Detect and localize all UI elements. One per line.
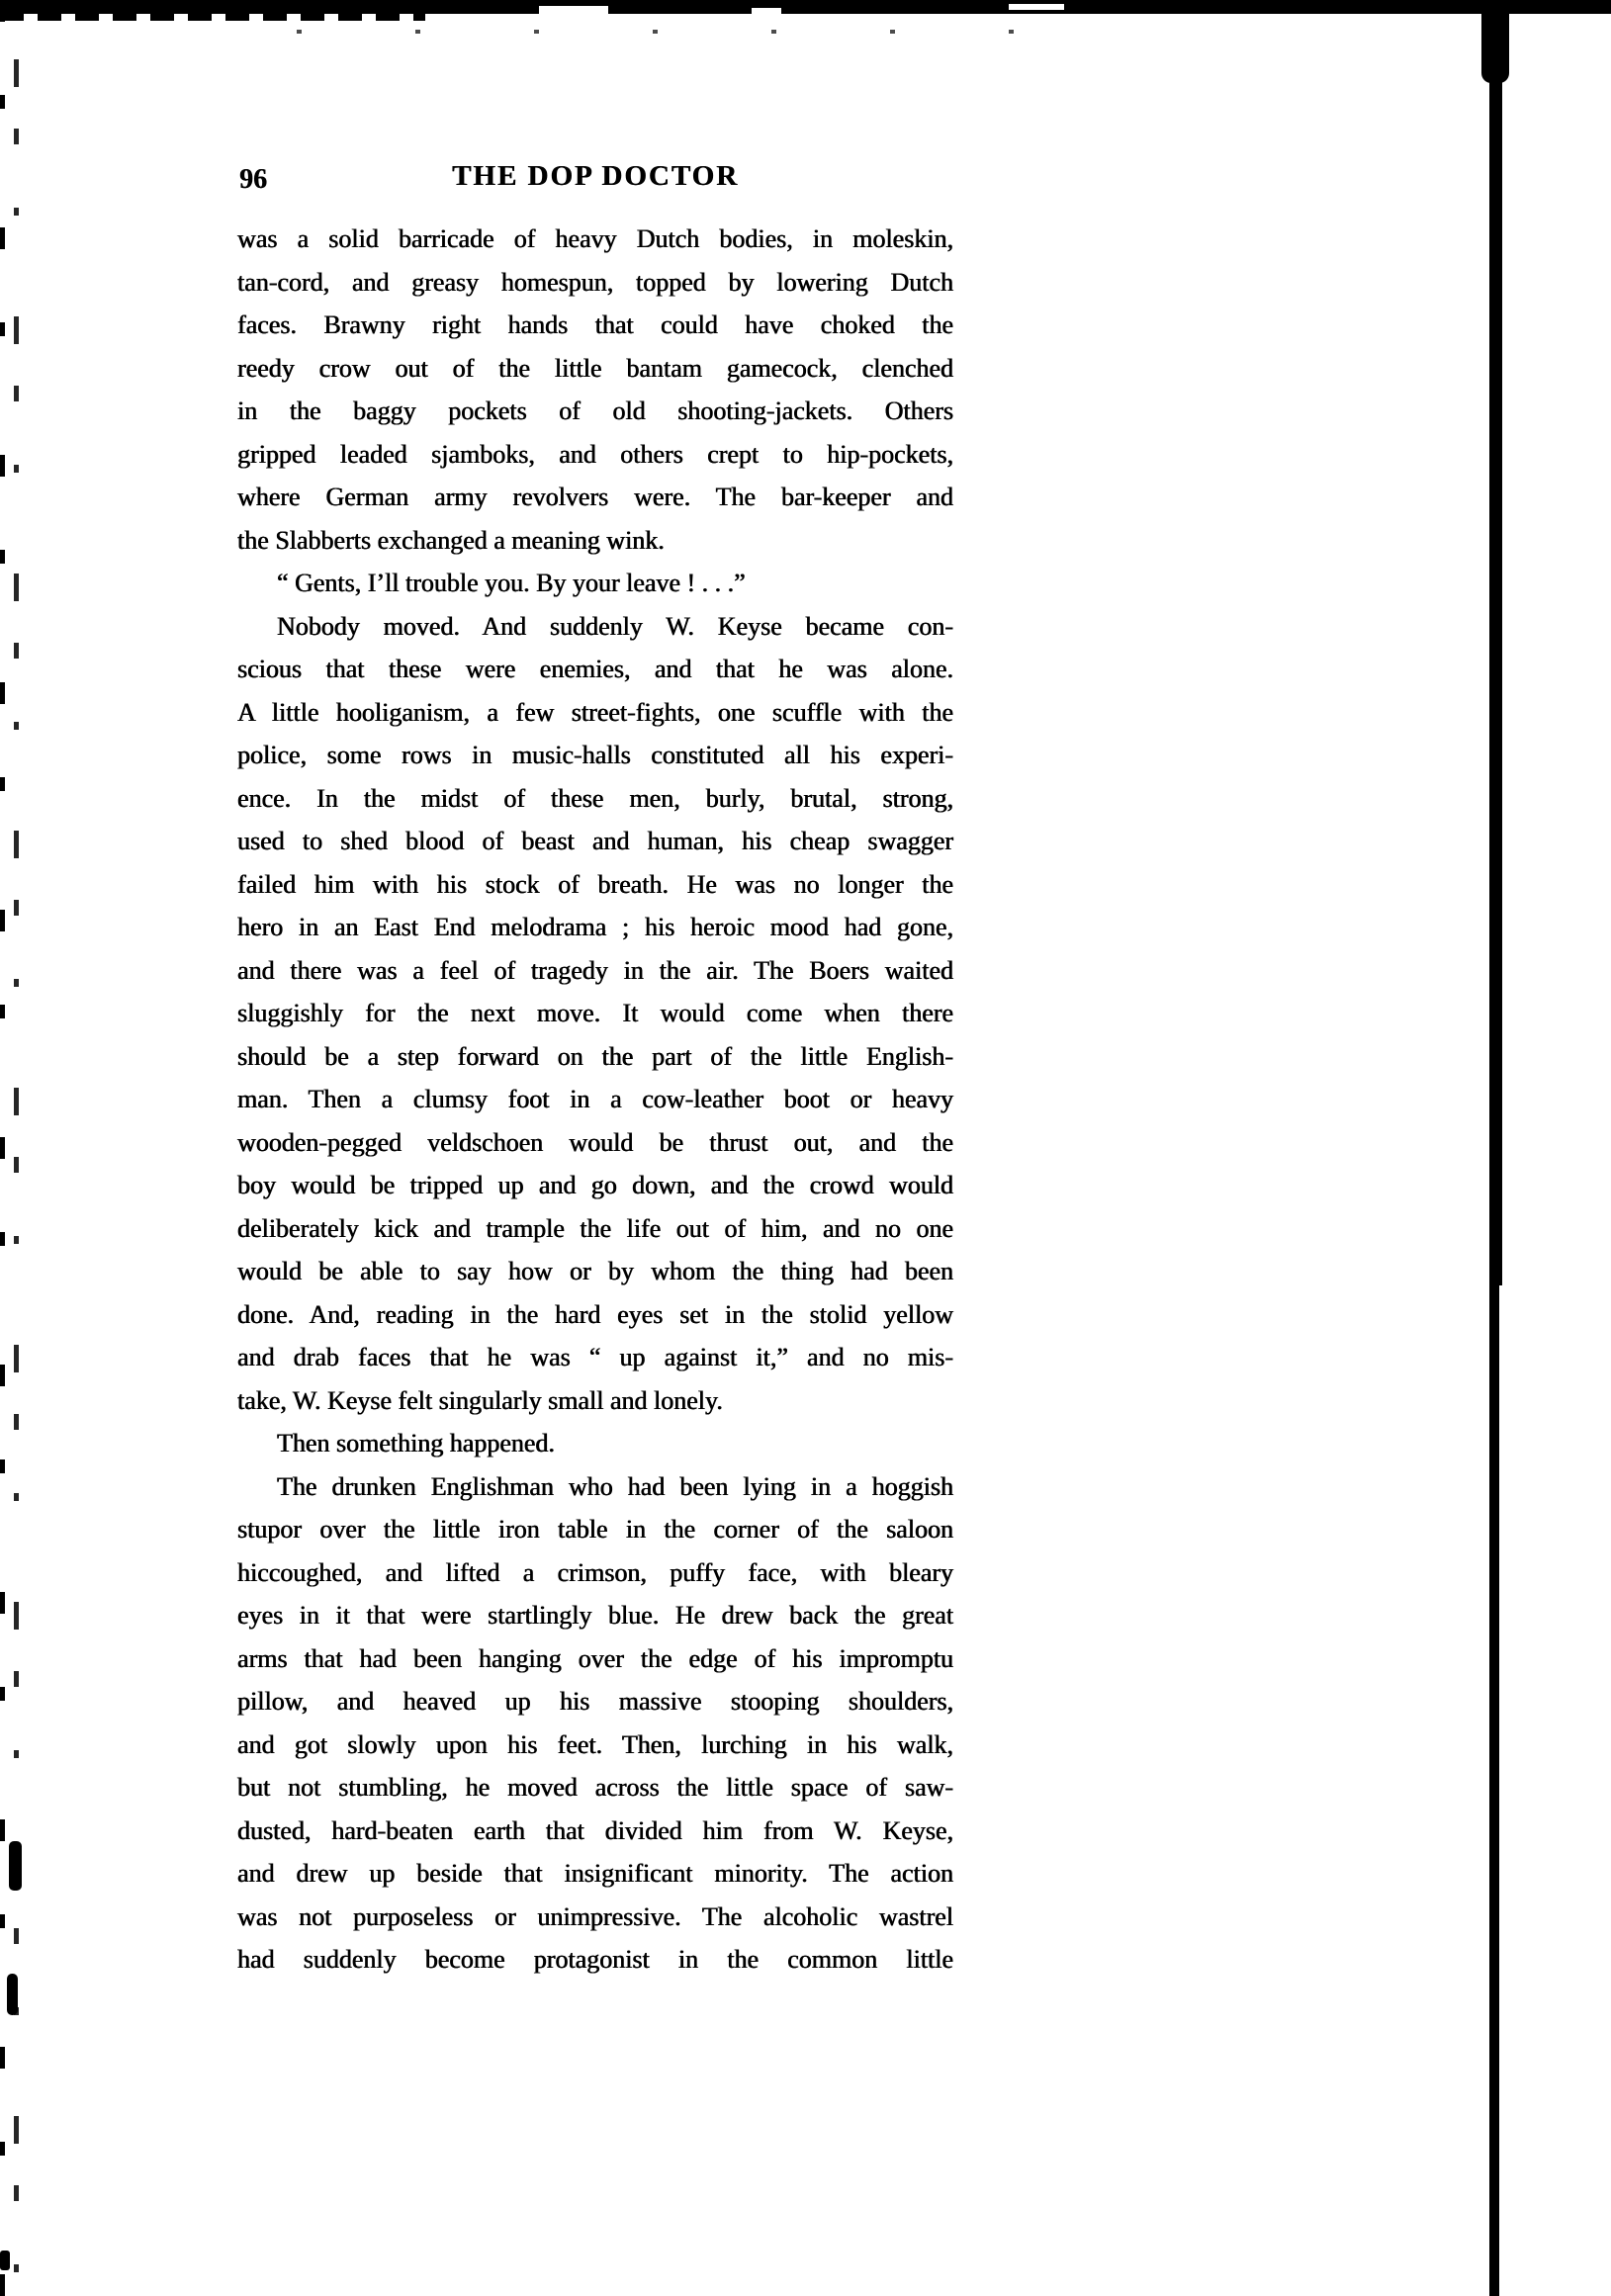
text-line: ence. In the midst of these men, burly, … bbox=[237, 777, 953, 821]
text-line: boy would be tripped up and go down, and… bbox=[237, 1164, 953, 1207]
text-line: done. And, reading in the hard eyes set … bbox=[237, 1293, 953, 1337]
scan-artifact-right-blob bbox=[1481, 12, 1509, 83]
text-line: but not stumbling, he moved across the l… bbox=[237, 1766, 953, 1810]
paragraph: was a solid barricade of heavy Dutch bod… bbox=[237, 218, 953, 562]
text-line: stupor over the little iron table in the… bbox=[237, 1508, 953, 1551]
scan-artifact-top-dots bbox=[297, 30, 1048, 34]
page-header: 96 THE DOP DOCTOR bbox=[237, 158, 953, 202]
text-line: A little hooliganism, a few street-fight… bbox=[237, 691, 953, 735]
text-line: eyes in it that were startlingly blue. H… bbox=[237, 1594, 953, 1637]
text-line: faces. Brawny right hands that could hav… bbox=[237, 304, 953, 347]
text-line: arms that had been hanging over the edge… bbox=[237, 1637, 953, 1681]
text-line: Nobody moved. And suddenly W. Keyse beca… bbox=[237, 605, 953, 649]
scan-artifact-notch bbox=[1009, 4, 1064, 10]
text-line: gripped leaded sjamboks, and others crep… bbox=[237, 433, 953, 477]
text-line: used to shed blood of beast and human, h… bbox=[237, 820, 953, 863]
text-line: “ Gents, I’ll trouble you. By your leave… bbox=[237, 562, 953, 605]
scan-artifact-notch bbox=[539, 6, 608, 14]
text-line: The drunken Englishman who had been lyin… bbox=[237, 1465, 953, 1509]
scan-artifact-left-edge-marks bbox=[0, 0, 5, 2296]
text-line: in the baggy pockets of old shooting-jac… bbox=[237, 390, 953, 433]
text-line: was a solid barricade of heavy Dutch bod… bbox=[237, 218, 953, 261]
text-line: should be a step forward on the part of … bbox=[237, 1035, 953, 1079]
scan-artifact-right-taper bbox=[1499, 1285, 1503, 2296]
scan-artifact-notch bbox=[752, 8, 781, 14]
text-line: hiccoughed, and lifted a crimson, puffy … bbox=[237, 1551, 953, 1595]
text-line: scious that these were enemies, and that… bbox=[237, 648, 953, 691]
text-line: would be able to say how or by whom the … bbox=[237, 1250, 953, 1293]
scan-artifact-left-blob bbox=[9, 1841, 22, 1891]
text-block: was a solid barricade of heavy Dutch bod… bbox=[237, 218, 953, 1982]
text-line: pillow, and heaved up his massive stoopi… bbox=[237, 1680, 953, 1723]
text-line: and drew up beside that insignificant mi… bbox=[237, 1852, 953, 1896]
text-line: where German army revolvers were. The ba… bbox=[237, 476, 953, 519]
paragraph: “ Gents, I’ll trouble you. By your leave… bbox=[237, 562, 953, 605]
text-line: police, some rows in music-halls constit… bbox=[237, 734, 953, 777]
scanned-book-page: 96 THE DOP DOCTOR was a solid barricade … bbox=[0, 0, 1611, 2296]
text-line: sluggishly for the next move. It would c… bbox=[237, 992, 953, 1035]
text-line: failed him with his stock of breath. He … bbox=[237, 863, 953, 907]
scan-artifact-left-blob bbox=[0, 2251, 10, 2270]
text-line: man. Then a clumsy foot in a cow-leather… bbox=[237, 1078, 953, 1121]
running-title: THE DOP DOCTOR bbox=[237, 160, 953, 193]
text-line: take, W. Keyse felt singularly small and… bbox=[237, 1379, 953, 1423]
text-line: Then something happened. bbox=[237, 1422, 953, 1465]
text-line: and got slowly upon his feet. Then, lurc… bbox=[237, 1723, 953, 1767]
text-line: deliberately kick and trample the life o… bbox=[237, 1207, 953, 1251]
scan-artifact-top-bar bbox=[0, 0, 1611, 14]
scan-artifact-top-hatch bbox=[0, 14, 425, 21]
scan-artifact-left-blob bbox=[7, 1974, 18, 2015]
text-line: tan-cord, and greasy homespun, topped by… bbox=[237, 261, 953, 305]
text-line: the Slabberts exchanged a meaning wink. bbox=[237, 519, 953, 563]
scan-artifact-left-gutter-marks bbox=[14, 59, 19, 2296]
text-line: reedy crow out of the little bantam game… bbox=[237, 347, 953, 391]
text-line: and drab faces that he was “ up against … bbox=[237, 1336, 953, 1379]
text-line: had suddenly become protagonist in the c… bbox=[237, 1938, 953, 1982]
text-line: dusted, hard-beaten earth that divided h… bbox=[237, 1810, 953, 1853]
text-line: hero in an East End melodrama ; his hero… bbox=[237, 906, 953, 949]
text-line: wooden-pegged veldschoen would be thrust… bbox=[237, 1121, 953, 1165]
paragraph: Then something happened. bbox=[237, 1422, 953, 1465]
text-line: and there was a feel of tragedy in the a… bbox=[237, 949, 953, 993]
paragraph: Nobody moved. And suddenly W. Keyse beca… bbox=[237, 605, 953, 1423]
paragraph: The drunken Englishman who had been lyin… bbox=[237, 1465, 953, 1982]
text-line: was not purposeless or unimpressive. The… bbox=[237, 1896, 953, 1939]
